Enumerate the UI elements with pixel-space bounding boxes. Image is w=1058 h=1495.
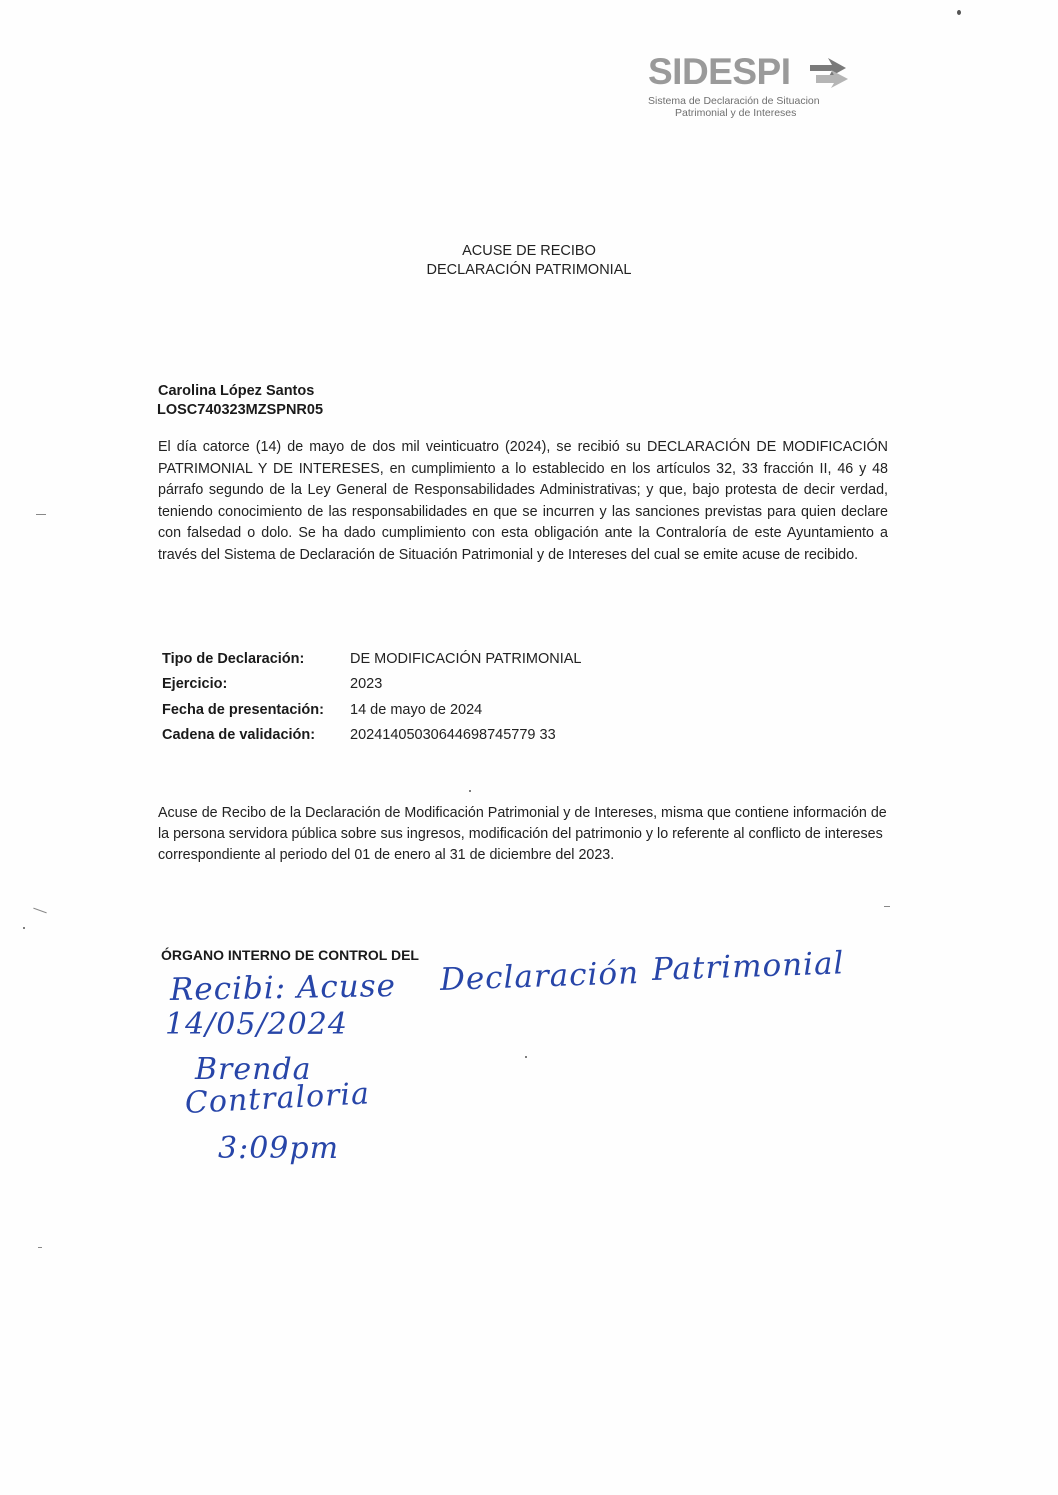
logo-wordmark: SIDESPI	[648, 52, 791, 92]
field-value: 20241405030644698745779 33	[350, 727, 556, 743]
scan-speck	[469, 790, 471, 792]
field-row-cadena: Cadena de validación: 202414050306446987…	[162, 723, 581, 749]
handwritten-time: 3:09pm	[218, 1131, 339, 1166]
field-value: 2023	[350, 676, 382, 692]
sidespi-logo: SIDESPI Sistema de Declaración de Situac…	[648, 52, 853, 119]
scan-scratch	[33, 908, 46, 914]
field-value: 14 de mayo de 2024	[350, 702, 482, 718]
logo-subtitle: Sistema de Declaración de Situacion Patr…	[648, 95, 853, 119]
sidespi-arrows-icon	[808, 55, 852, 91]
logo-subtitle-line2: Patrimonial y de Intereses	[648, 107, 853, 119]
field-row-fecha: Fecha de presentación: 14 de mayo de 202…	[162, 697, 581, 723]
document-subtitle: DECLARACIÓN PATRIMONIAL	[0, 260, 1058, 280]
declarant-id-code: LOSC740323MZSPNR05	[157, 400, 323, 420]
scan-scratch	[38, 1247, 42, 1248]
field-label: Tipo de Declaración:	[162, 651, 350, 667]
logo-subtitle-line1: Sistema de Declaración de Situacion	[648, 95, 820, 107]
field-label: Ejercicio:	[162, 676, 350, 692]
field-value: DE MODIFICACIÓN PATRIMONIAL	[350, 651, 581, 667]
field-row-tipo: Tipo de Declaración: DE MODIFICACIÓN PAT…	[162, 646, 581, 672]
handwritten-declaracion: Declaración	[439, 955, 639, 998]
declarant-name: Carolina López Santos	[158, 381, 314, 401]
summary-paragraph: Acuse de Recibo de la Declaración de Mod…	[158, 803, 888, 866]
scan-speck	[957, 10, 961, 15]
handwritten-patrimonial: Patrimonial	[651, 945, 845, 988]
document-page: SIDESPI Sistema de Declaración de Situac…	[0, 0, 1058, 1495]
handwritten-date: 14/05/2024	[165, 1007, 348, 1042]
field-label: Cadena de validación:	[162, 727, 350, 743]
receipt-paragraph: El día catorce (14) de mayo de dos mil v…	[158, 437, 888, 566]
organ-heading: ÓRGANO INTERNO DE CONTROL DEL	[161, 947, 419, 963]
field-row-ejercicio: Ejercicio: 2023	[162, 672, 581, 698]
handwritten-received: Recibi: Acuse	[170, 968, 397, 1008]
scan-scratch	[884, 906, 890, 907]
declaration-details: Tipo de Declaración: DE MODIFICACIÓN PAT…	[162, 646, 581, 748]
field-label: Fecha de presentación:	[162, 702, 350, 718]
scan-speck	[23, 927, 25, 929]
scan-speck	[525, 1056, 527, 1058]
scan-scratch	[36, 514, 46, 515]
document-title: ACUSE DE RECIBO	[0, 241, 1058, 261]
